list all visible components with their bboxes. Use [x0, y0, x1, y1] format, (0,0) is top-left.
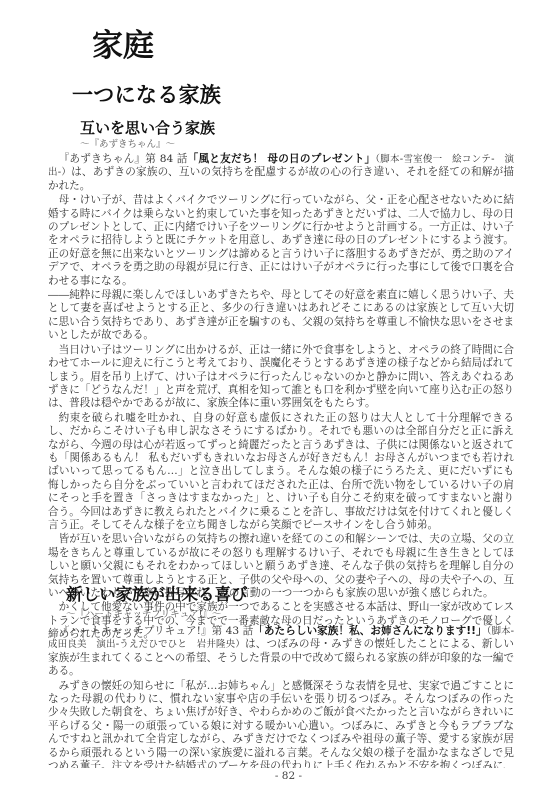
article-body: 『あずきちゃん』第 84 話「風と友だち！ 母の日のプレゼント」（脚本-雪室俊一…	[48, 153, 514, 643]
episode-title: 「あたらしい家族！私、お姉さんになります!!」	[253, 625, 486, 637]
article-caption: 〜『ハートキャッチプリキュア!』〜	[66, 608, 221, 621]
article-body: 『ハートキャッチプリキュア!』第 43 話「あたらしい家族！私、お姉さんになりま…	[48, 625, 514, 768]
episode-title: 「風と友だち！ 母の日のプレゼント」	[188, 153, 376, 165]
body-paragraph: 母・けい子が、昔はよくバイクでツーリングに行っていながら、父・正を心配させないた…	[48, 194, 514, 288]
section-title: 一つになる家族	[72, 80, 221, 110]
intro-paragraph: 『あずきちゃん』第 84 話「風と友だち！ 母の日のプレゼント」（脚本-雪室俊一…	[48, 153, 514, 193]
body-paragraph: 当日けい子はツーリングに出かけるが、正は一緒に外で食事をしようと、オペラの終了時…	[48, 344, 514, 411]
series-name: 『あずきちゃん』第 84 話	[59, 153, 188, 165]
intro-text: は、あずきの家族の、互いの気持ちを配慮するが故の心の行き違い、それを経ての和解が…	[48, 166, 514, 191]
article-heading: 互いを思い合う家族	[80, 118, 215, 138]
article-caption: 〜『あずきちゃん』〜	[80, 138, 175, 151]
chapter-title: 家庭	[92, 26, 154, 66]
document-page: 家庭 一つになる家族 互いを思い合う家族 〜『あずきちゃん』〜 『あずきちゃん』…	[0, 0, 557, 800]
series-name: 『ハートキャッチプリキュア!』第 43 話	[59, 625, 254, 637]
body-paragraph: 約束を破られ嘘を吐かれ、自身の好意も虚仮にされた正の怒りは大人として十分理解でき…	[48, 412, 514, 533]
body-paragraph: みずきの懐妊の知らせに「私が…お姉ちゃん」と感慨深そうな表情を見せ、実家で過ごす…	[48, 680, 514, 768]
article-heading: 新しい家族が出来る喜び	[66, 585, 248, 605]
body-paragraph: ――純粋に母親に楽しんでほしいあずきたちや、母としてその好意を素直に嬉しく思うけ…	[48, 289, 514, 343]
page-number: - 82 -	[0, 770, 557, 782]
intro-paragraph: 『ハートキャッチプリキュア!』第 43 話「あたらしい家族！私、お姉さんになりま…	[48, 625, 514, 679]
